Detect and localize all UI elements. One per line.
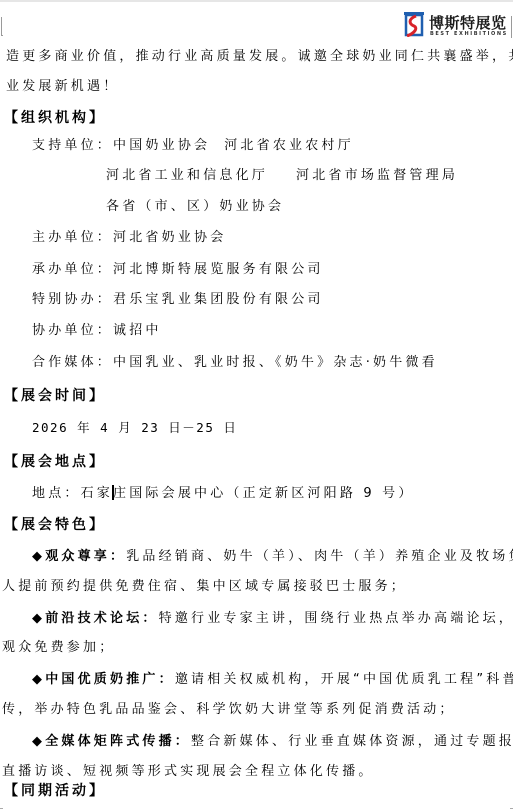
support-org-1: 中国奶业协会 [113, 138, 210, 153]
section-heading-features: 【展会特色】 [4, 516, 106, 534]
support-row: 支持单位：中国奶业协会河北省农业农村厅 [32, 138, 354, 154]
feature-4-line-2: 直播访谈、短视频等形式实现展会全程立体化传播。 [2, 764, 375, 780]
section-heading-time: 【展会时间】 [4, 387, 106, 405]
host-value: 河北省奶业协会 [113, 230, 226, 245]
support-row-2: 河北省工业和信息化厅河北省市场监督管理局 [106, 168, 458, 184]
media-row: 合作媒体：中国乳业、乳业时报、《奶牛》杂志·奶牛微看 [32, 355, 438, 371]
feature-3-line-2: 传，举办特色乳品品鉴会、科学饮奶大讲堂等系列促消费活动； [2, 702, 456, 718]
co-label: 协办单位： [32, 323, 113, 338]
feature-2-line-1: ◆前沿技术论坛：特邀行业专家主讲，围绕行业热点举办高端论坛，专业 [32, 611, 513, 627]
section-heading-events: 【同期活动】 [4, 782, 106, 800]
feature-4-text: 整合新媒体、行业垂直媒体资源，通过专题报道、 [191, 734, 513, 749]
feature-1-text: 乳品经销商、奶牛（羊）、肉牛（羊）养殖企业及牧场负责 [126, 549, 513, 564]
support-label: 支持单位： [32, 138, 113, 153]
feature-2-text: 特邀行业专家主讲，围绕行业热点举办高端论坛，专业 [159, 611, 513, 626]
organizer-row: 承办单位：河北博斯特展览服务有限公司 [32, 262, 324, 278]
logo-text-cn: 博斯特展览 [429, 12, 507, 33]
logo-text-en: BEST EXHIBITIONS [430, 31, 508, 37]
feature-3-text: 邀请相关权威机构，开展“中国优质乳工程”科普宣 [175, 672, 513, 687]
exhibition-date: 2026 年 4 月 23 日－25 日 [32, 420, 237, 436]
special-row: 特别协办：君乐宝乳业集团股份有限公司 [32, 292, 324, 308]
feature-4-title: ◆全媒体矩阵式传播： [32, 734, 191, 749]
margin-marker [1, 17, 2, 36]
section-heading-organization: 【组织机构】 [4, 109, 106, 127]
organizer-label: 承办单位： [32, 262, 113, 277]
feature-1-title: ◆观众尊享： [32, 549, 126, 564]
location-text-after: 庄国际会展中心（正定新区河阳路 9 号） [113, 486, 415, 501]
co-value: 诚招中 [113, 323, 162, 338]
organizer-value: 河北博斯特展览服务有限公司 [113, 262, 324, 277]
top-border [0, 0, 513, 2]
logo-mark-icon [403, 11, 425, 37]
special-label: 特别协办： [32, 292, 113, 307]
page-corner-mark-left [0, 808, 3, 809]
location-label: 地点： [32, 486, 81, 501]
support-org-2: 河北省农业农村厅 [224, 138, 354, 153]
support-org-4: 河北省市场监督管理局 [296, 168, 458, 183]
feature-1-line-2: 人提前预约提供免费住宿、集中区域专属接驳巴士服务； [2, 579, 407, 595]
media-value: 中国乳业、乳业时报、《奶牛》杂志·奶牛微看 [113, 355, 438, 370]
feature-1-line-1: ◆观众尊享：乳品经销商、奶牛（羊）、肉牛（羊）养殖企业及牧场负责 [32, 549, 513, 565]
logo: 博斯特展览 BEST EXHIBITIONS [403, 10, 513, 40]
feature-3-line-1: ◆中国优质奶推广：邀请相关权威机构，开展“中国优质乳工程”科普宣 [32, 672, 513, 688]
logo-divider [511, 16, 512, 38]
support-org-5: 各省（市、区）奶业协会 [106, 199, 284, 215]
support-org-3: 河北省工业和信息化厅 [106, 168, 268, 183]
section-heading-location: 【展会地点】 [4, 453, 106, 471]
intro-line-2: 业发展新机遇！ [6, 79, 119, 95]
feature-2-line-2: 观众免费参加； [2, 640, 115, 656]
location-text-before: 石家 [81, 486, 113, 501]
location-row[interactable]: 地点：石家庄国际会展中心（正定新区河阳路 9 号） [32, 485, 415, 502]
host-label: 主办单位： [32, 230, 113, 245]
special-value: 君乐宝乳业集团股份有限公司 [113, 292, 324, 307]
intro-line-1: 造更多商业价值，推动行业高质量发展。诚邀全球奶业同仁共襄盛举，共享行 [6, 49, 513, 65]
co-row: 协办单位：诚招中 [32, 323, 162, 339]
feature-3-title: ◆中国优质奶推广： [32, 672, 175, 687]
feature-2-title: ◆前沿技术论坛： [32, 611, 159, 626]
feature-4-line-1: ◆全媒体矩阵式传播：整合新媒体、行业垂直媒体资源，通过专题报道、 [32, 734, 513, 750]
host-row: 主办单位：河北省奶业协会 [32, 230, 226, 246]
media-label: 合作媒体： [32, 355, 113, 370]
